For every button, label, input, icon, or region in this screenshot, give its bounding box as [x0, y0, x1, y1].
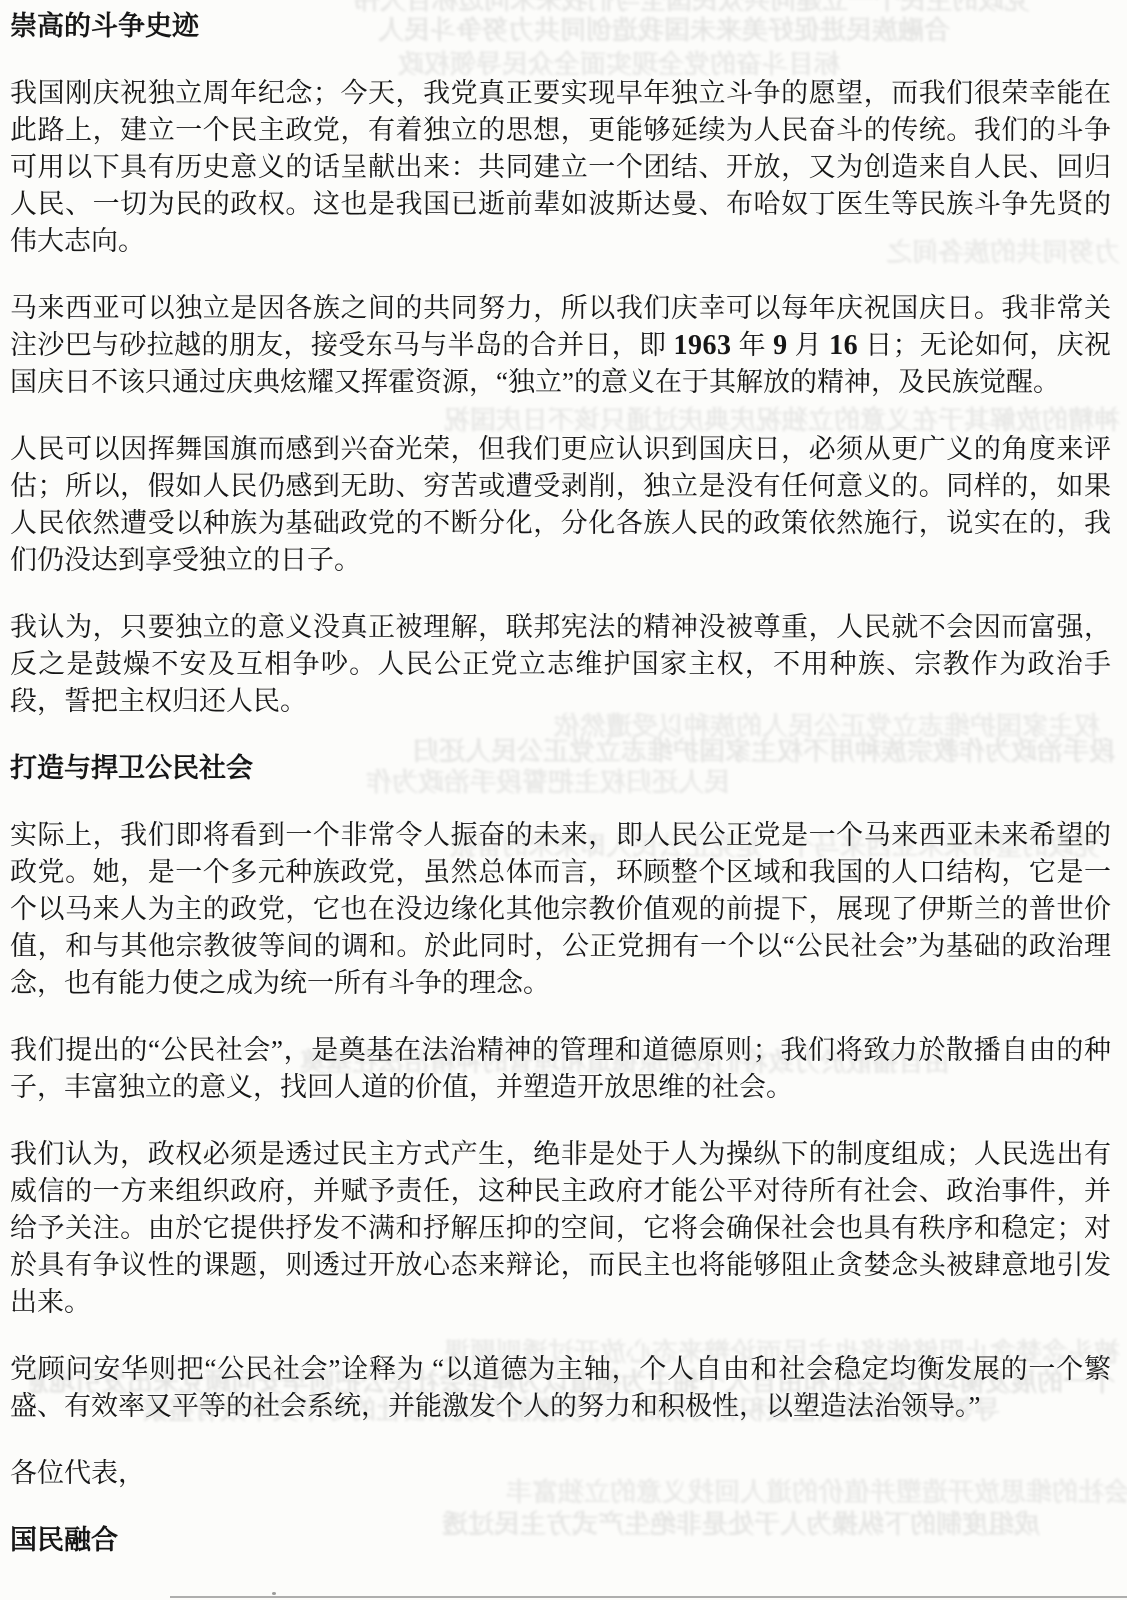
bold-numeral: 1963: [674, 330, 732, 361]
bold-numeral: 9: [773, 330, 788, 361]
heading-build-defend-civil-society: 打造与捍卫公民社会: [10, 750, 1111, 787]
paragraph-civil-society-principles: 我们提出的“公民社会”，是奠基在法治精神的管理和道德原则；我们将致力於散播自由的…: [10, 1032, 1111, 1106]
heading-noble-struggle-history: 崇高的斗争史迹: [10, 8, 1111, 45]
paragraph-anwar-quote: 党顾问安华则把“公民社会”诠释为 “以道德为主轴，个人自由和社会稳定均衡发展的一…: [10, 1351, 1111, 1425]
scanned-speech-page: 党政的主民个一立建同共众民国全与们我来未向迈标目大伟合融族民进促好美来未国我造创…: [0, 0, 1127, 1600]
bold-numeral: 16: [829, 330, 858, 361]
paragraph-exciting-future: 实际上，我们即将看到一个非常令人振奋的未来，即人民公正党是一个马来西亚未来希望的…: [10, 817, 1111, 1002]
paragraph-flag-waving-meaning: 人民可以因挥舞国旗而感到兴奋光荣，但我们更应认识到国庆日，必须从更广义的角度来评…: [10, 431, 1111, 579]
paragraph-independence-anniversary: 我国刚庆祝独立周年纪念；今天，我党真正要实现早年独立斗争的愿望，而我们很荣幸能在…: [10, 75, 1111, 260]
paragraph-malaysia-independence-date: 马来西亚可以独立是因各族之间的共同努力，所以我们庆幸可以每年庆祝国庆日。我非常关…: [10, 290, 1111, 401]
heading-national-integration: 国民融合: [10, 1522, 1111, 1559]
text-run: 年: [732, 330, 774, 360]
speech-text-column: 崇高的斗争史迹我国刚庆祝独立周年纪念；今天，我党真正要实现早年独立斗争的愿望，而…: [0, 0, 1127, 1600]
text-run: 月: [788, 330, 830, 360]
scan-edge-line: [170, 1596, 1127, 1598]
paragraph-federal-constitution: 我认为，只要独立的意义没真正被理解，联邦宪法的精神没被尊重，人民就不会因而富强，…: [10, 609, 1111, 720]
salutation-delegates: 各位代表，: [10, 1455, 1111, 1492]
paragraph-democratic-government: 我们认为，政权必须是透过民主方式产生，绝非是处于人为操纵下的制度组成；人民选出有…: [10, 1136, 1111, 1321]
scan-speck: [272, 1592, 276, 1595]
